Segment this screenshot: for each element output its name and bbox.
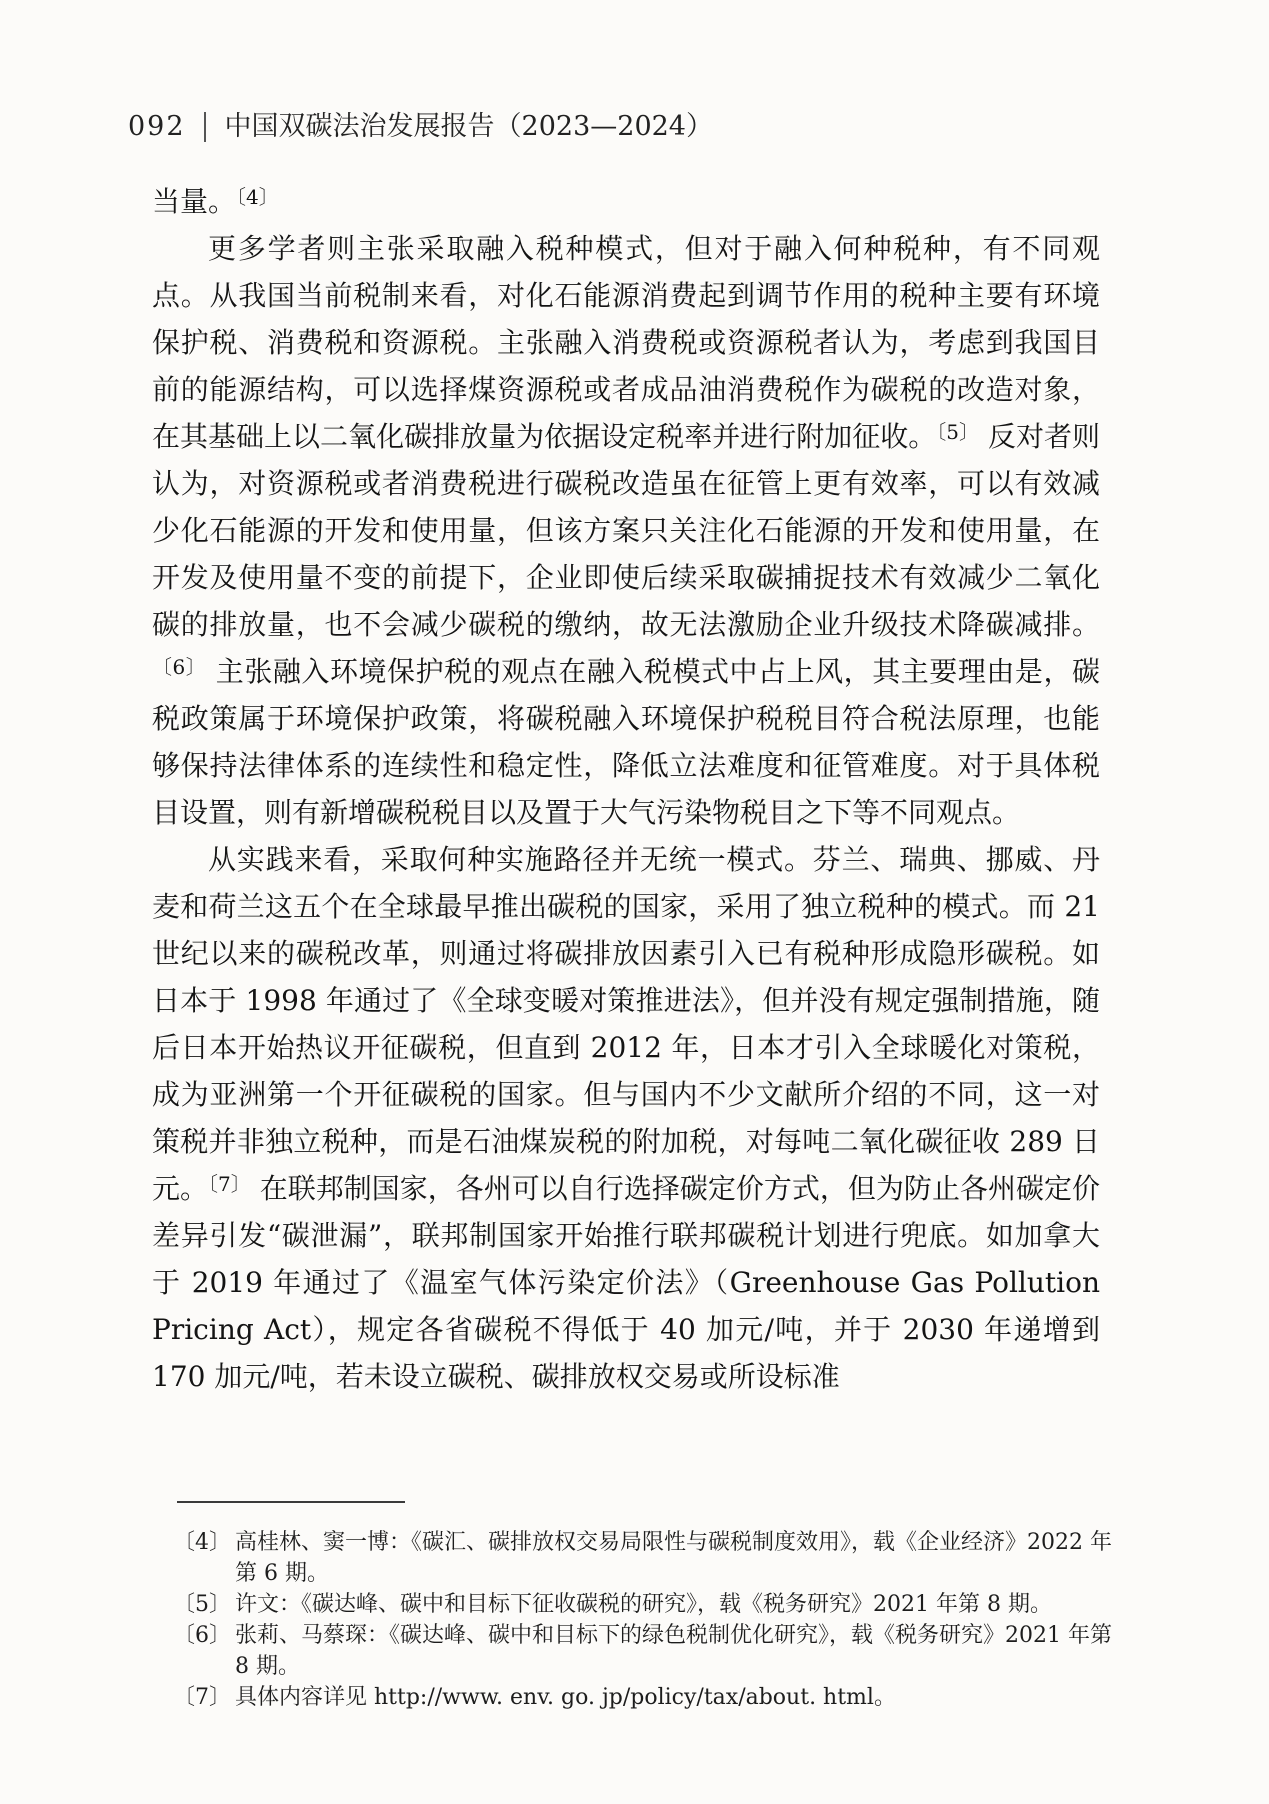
footnote-text: 高桂林、窦一博：《碳汇、碳排放权交易局限性与碳税制度效用》，载《企业经济》202…	[235, 1527, 1113, 1589]
footnote-marker: 〔6〕	[173, 1620, 235, 1682]
footnote-ref: 〔4〕	[236, 185, 279, 209]
book-page: 092 中国双碳法治发展报告（2023—2024） 当量。〔4〕更多学者则主张采…	[0, 0, 1269, 1804]
footnote-item: 〔7〕具体内容详见 http://www. env. go. jp/policy…	[173, 1682, 1113, 1713]
footnote-text: 张莉、马蔡琛：《碳达峰、碳中和目标下的绿色税制优化研究》，载《税务研究》2021…	[235, 1620, 1113, 1682]
footnote-marker: 〔7〕	[173, 1682, 235, 1713]
footnote-text: 具体内容详见 http://www. env. go. jp/policy/ta…	[235, 1682, 1113, 1713]
footnotes: 〔4〕高桂林、窦一博：《碳汇、碳排放权交易局限性与碳税制度效用》，载《企业经济》…	[173, 1527, 1113, 1713]
footnote-marker: 〔4〕	[173, 1527, 235, 1589]
footnote-item: 〔5〕许文：《碳达峰、碳中和目标下征收碳税的研究》，载《税务研究》2021 年第…	[173, 1589, 1113, 1620]
text-segment: 主张融入环境保护税的观点在融入税模式中占上风，其主要理由是，碳税政策属于环境保护…	[152, 655, 1100, 829]
paragraph: 从实践来看，采取何种实施路径并无统一模式。芬兰、瑞典、挪威、丹麦和荷兰这五个在全…	[152, 836, 1100, 1400]
text-segment: 反对者则认为，对资源税或者消费税进行碳税改造虽在征管上更有效率，可以有效减少化石…	[152, 420, 1100, 641]
footnote-ref: 〔5〕	[936, 420, 979, 444]
footnote-ref: 〔7〕	[208, 1172, 251, 1196]
text-segment: 从实践来看，采取何种实施路径并无统一模式。芬兰、瑞典、挪威、丹麦和荷兰这五个在全…	[152, 843, 1100, 1205]
paragraph: 更多学者则主张采取融入税种模式，但对于融入何种税种，有不同观点。从我国当前税制来…	[152, 225, 1100, 836]
text-segment: 当量。	[152, 185, 236, 218]
footnote-marker: 〔5〕	[173, 1589, 235, 1620]
footnote-item: 〔6〕张莉、马蔡琛：《碳达峰、碳中和目标下的绿色税制优化研究》，载《税务研究》2…	[173, 1620, 1113, 1682]
body-text: 当量。〔4〕更多学者则主张采取融入税种模式，但对于融入何种税种，有不同观点。从我…	[152, 178, 1100, 1400]
paragraph: 当量。〔4〕	[152, 178, 1100, 225]
footnote-separator	[177, 1501, 405, 1503]
book-title: 中国双碳法治发展报告（2023—2024）	[225, 110, 713, 144]
text-segment: 在联邦制国家，各州可以自行选择碳定价方式，但为防止各州碳定价差异引发“碳泄漏”，…	[152, 1172, 1100, 1393]
page-number: 092	[128, 110, 186, 144]
footnote-text: 许文：《碳达峰、碳中和目标下征收碳税的研究》，载《税务研究》2021 年第 8 …	[235, 1589, 1113, 1620]
running-head: 092 中国双碳法治发展报告（2023—2024）	[128, 110, 713, 144]
header-divider	[204, 112, 206, 142]
footnote-item: 〔4〕高桂林、窦一博：《碳汇、碳排放权交易局限性与碳税制度效用》，载《企业经济》…	[173, 1527, 1113, 1589]
footnote-ref: 〔6〕	[152, 655, 206, 679]
